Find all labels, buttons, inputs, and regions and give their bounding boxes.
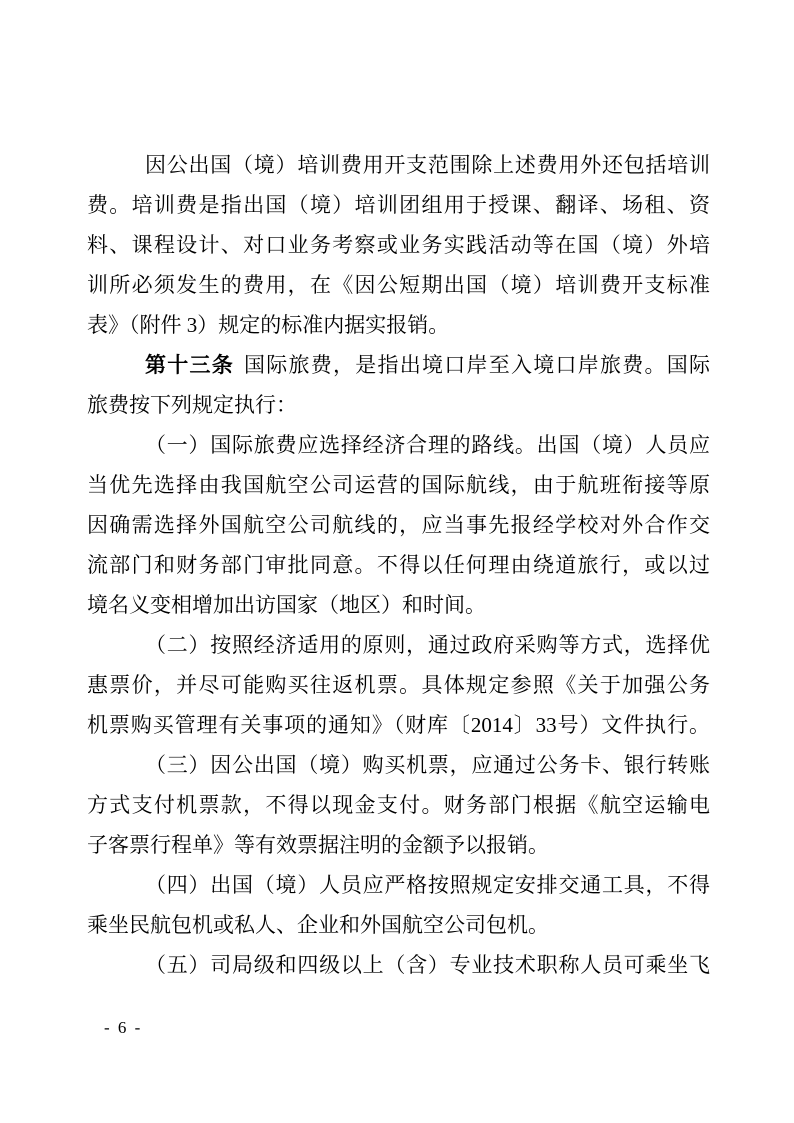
text-line: 因确需选择外国航空公司航线的，应当事先报经学校对外合作交 [87, 505, 710, 545]
text-line: 乘坐民航包机或私人、企业和外国航空公司包机。 [87, 905, 710, 945]
text-line: 费。培训费是指出国（境）培训团组用于授课、翻译、场租、资 [87, 185, 710, 225]
text-line: 机票购买管理有关事项的通知》（财库〔2014〕33号）文件执行。 [87, 705, 710, 745]
paragraph-item-5: （五）司局级和四级以上（含）专业技术职称人员可乘坐飞 [87, 945, 710, 985]
text-line: 子客票行程单》等有效票据注明的金额予以报销。 [87, 825, 710, 865]
text-line: 境名义变相增加出访国家（地区）和时间。 [87, 585, 710, 625]
paragraph-item-3: （三）因公出国（境）购买机票，应通过公务卡、银行转账 方式支付机票款，不得以现金… [87, 745, 710, 865]
text-line: 料、课程设计、对口业务考察或业务实践活动等在国（境）外培 [87, 225, 710, 265]
article-number: 第十三条 [145, 353, 234, 377]
text-line: （二）按照经济适用的原则，通过政府采购等方式，选择优 [87, 625, 710, 665]
text-line: 旅费按下列规定执行： [87, 385, 710, 425]
page-number: - 6 - [104, 1018, 142, 1038]
text-line: （一）国际旅费应选择经济合理的路线。出国（境）人员应 [87, 425, 710, 465]
document-page: 因公出国（境）培训费用开支范围除上述费用外还包括培训 费。培训费是指出国（境）培… [0, 0, 794, 1123]
article-text: 国际旅费，是指出境口岸至入境口岸旅费。国际 [244, 353, 710, 377]
text-line: 训所必须发生的费用，在《因公短期出国（境）培训费开支标准 [87, 265, 710, 305]
text-line: 方式支付机票款，不得以现金支付。财务部门根据《航空运输电 [87, 785, 710, 825]
text-line: 表》（附件 3）规定的标准内据实报销。 [87, 305, 710, 345]
text-line: 流部门和财务部门审批同意。不得以任何理由绕道旅行，或以过 [87, 545, 710, 585]
text-line: 当优先选择由我国航空公司运营的国际航线，由于航班衔接等原 [87, 465, 710, 505]
paragraph-item-4: （四）出国（境）人员应严格按照规定安排交通工具，不得 乘坐民航包机或私人、企业和… [87, 865, 710, 945]
paragraph-article-13: 第十三条国际旅费，是指出境口岸至入境口岸旅费。国际 旅费按下列规定执行： [87, 345, 710, 425]
text-line: 第十三条国际旅费，是指出境口岸至入境口岸旅费。国际 [87, 345, 710, 385]
text-line: 惠票价，并尽可能购买往返机票。具体规定参照《关于加强公务 [87, 665, 710, 705]
document-body: 因公出国（境）培训费用开支范围除上述费用外还包括培训 费。培训费是指出国（境）培… [87, 145, 710, 985]
paragraph-item-1: （一）国际旅费应选择经济合理的路线。出国（境）人员应 当优先选择由我国航空公司运… [87, 425, 710, 625]
text-line: 因公出国（境）培训费用开支范围除上述费用外还包括培训 [87, 145, 710, 185]
text-line: （四）出国（境）人员应严格按照规定安排交通工具，不得 [87, 865, 710, 905]
text-line: （五）司局级和四级以上（含）专业技术职称人员可乘坐飞 [87, 945, 710, 985]
paragraph: 因公出国（境）培训费用开支范围除上述费用外还包括培训 费。培训费是指出国（境）培… [87, 145, 710, 345]
text-line: （三）因公出国（境）购买机票，应通过公务卡、银行转账 [87, 745, 710, 785]
paragraph-item-2: （二）按照经济适用的原则，通过政府采购等方式，选择优 惠票价，并尽可能购买往返机… [87, 625, 710, 745]
